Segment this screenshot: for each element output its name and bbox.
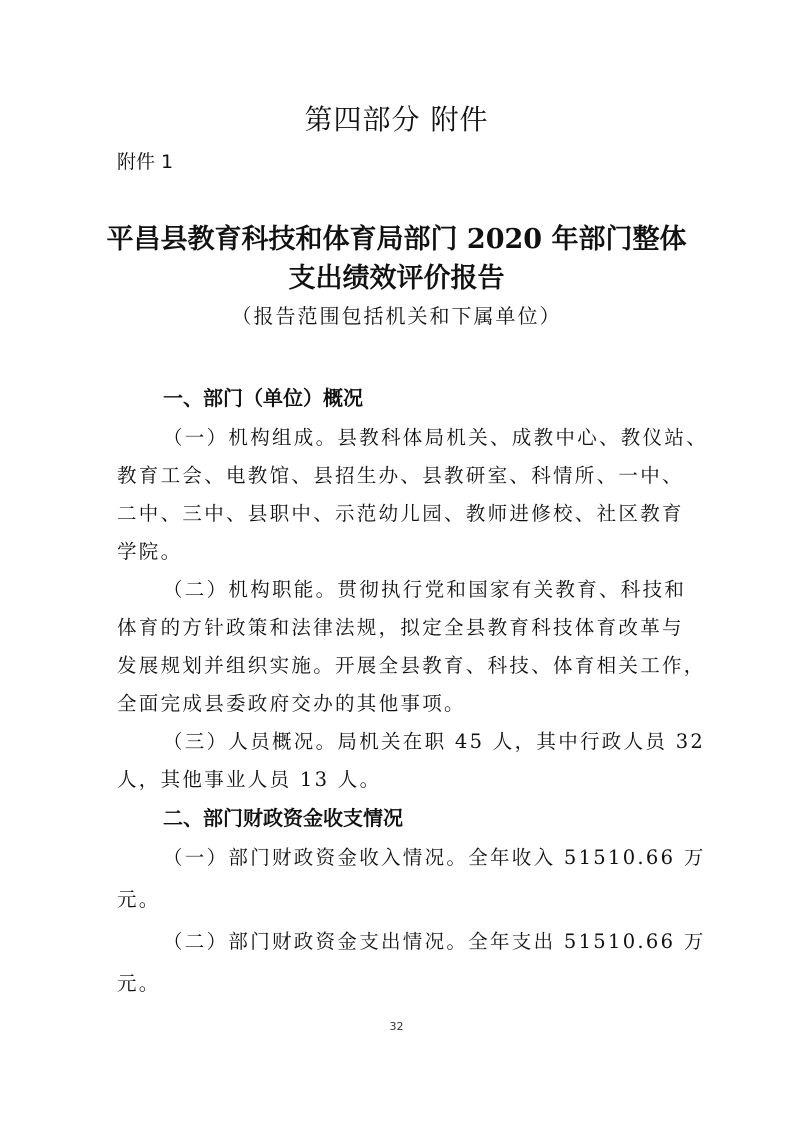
document-page: 第四部分 附件 附件 1 平昌县教育科技和体育局部门 2020 年部门整体 支出…: [0, 0, 793, 1122]
paragraph-line: 全面完成县委政府交办的其他事项。: [117, 689, 677, 719]
paragraph-line: 人，其他事业人员 13 人。: [117, 765, 677, 795]
paragraph-line: （一）部门财政资金收入情况。全年收入 51510.66 万: [163, 843, 677, 873]
report-subtitle: （报告范围包括机关和下属单位）: [0, 301, 793, 331]
paragraph-line: 元。: [117, 969, 677, 999]
attachment-label: 附件 1: [117, 148, 173, 176]
page-number: 32: [0, 1020, 793, 1034]
report-title-line-2: 支出绩效评价报告: [0, 261, 793, 297]
section-heading-overview: 一、部门（单位）概况: [163, 383, 363, 413]
paragraph-line: 教育工会、电教馆、县招生办、县教研室、科情所、一中、: [117, 461, 677, 491]
report-title-line-1: 平昌县教育科技和体育局部门 2020 年部门整体: [0, 222, 793, 258]
paragraph-line: （二）机构职能。贯彻执行党和国家有关教育、科技和: [163, 575, 677, 605]
section-heading-finance: 二、部门财政资金收支情况: [163, 803, 403, 833]
paragraph-line: 二中、三中、县职中、示范幼儿园、教师进修校、社区教育: [117, 499, 677, 529]
paragraph-line: （二）部门财政资金支出情况。全年支出 51510.66 万: [163, 927, 677, 957]
paragraph-line: 学院。: [117, 537, 677, 567]
paragraph-line: 元。: [117, 885, 677, 915]
paragraph-line: 发展规划并组织实施。开展全县教育、科技、体育相关工作，: [117, 651, 677, 681]
paragraph-line: 体育的方针政策和法律法规，拟定全县教育科技体育改革与: [117, 613, 677, 643]
paragraph-line: （一）机构组成。县教科体局机关、成教中心、教仪站、: [163, 423, 677, 453]
part-title: 第四部分 附件: [0, 100, 793, 140]
paragraph-line: （三）人员概况。局机关在职 45 人，其中行政人员 32: [163, 727, 677, 757]
